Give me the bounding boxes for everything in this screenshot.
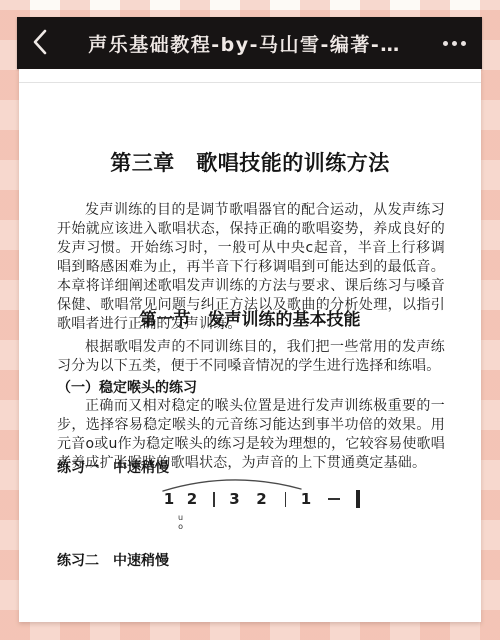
- dash-sustain-mark: [328, 498, 340, 500]
- note-1: 1: [159, 490, 179, 508]
- note-3: 3: [223, 490, 247, 508]
- reader-header-bar: 声乐基础教程-by-马山雪-编著-…: [17, 17, 482, 69]
- paragraph-categories: 根据歌唱发声的不同训练目的，我们把一些常用的发声练习分为以下五类，便于不同嗓音情…: [57, 338, 445, 376]
- more-options-button[interactable]: [426, 17, 482, 69]
- page-top-divider: [19, 82, 481, 83]
- vowel-o: o: [178, 522, 183, 531]
- back-button[interactable]: [17, 17, 63, 69]
- document-page: 第三章 歌唱技能的训练方法 发声训练的目的是调节歌唱器官的配合运动，从发声练习开…: [19, 69, 481, 622]
- vowel-u: u: [178, 513, 183, 522]
- music-notation: 1 2 3 2 1 u o: [159, 477, 369, 537]
- barline: [285, 492, 287, 507]
- chevron-left-icon: [32, 29, 48, 58]
- book-title: 声乐基础教程-by-马山雪-编著-…: [63, 30, 426, 57]
- note-2b: 2: [247, 490, 277, 508]
- section-title: 第一节 发声训练的基本技能: [19, 305, 481, 330]
- exercise-1-label: 练习一 中速稍慢: [57, 457, 169, 477]
- subsection-title: （一）稳定喉头的练习: [57, 377, 197, 397]
- ellipsis-icon: [443, 41, 466, 46]
- exercise-2-label: 练习二 中速稍慢: [57, 550, 169, 570]
- notation-notes-row: 1 2 3 2 1: [159, 489, 360, 509]
- note-1b: 1: [294, 490, 318, 508]
- lyric-vowels: u o: [178, 513, 183, 531]
- note-2: 2: [179, 490, 205, 508]
- end-barline: [356, 490, 360, 508]
- barline: [213, 492, 215, 507]
- chapter-title: 第三章 歌唱技能的训练方法: [19, 147, 481, 177]
